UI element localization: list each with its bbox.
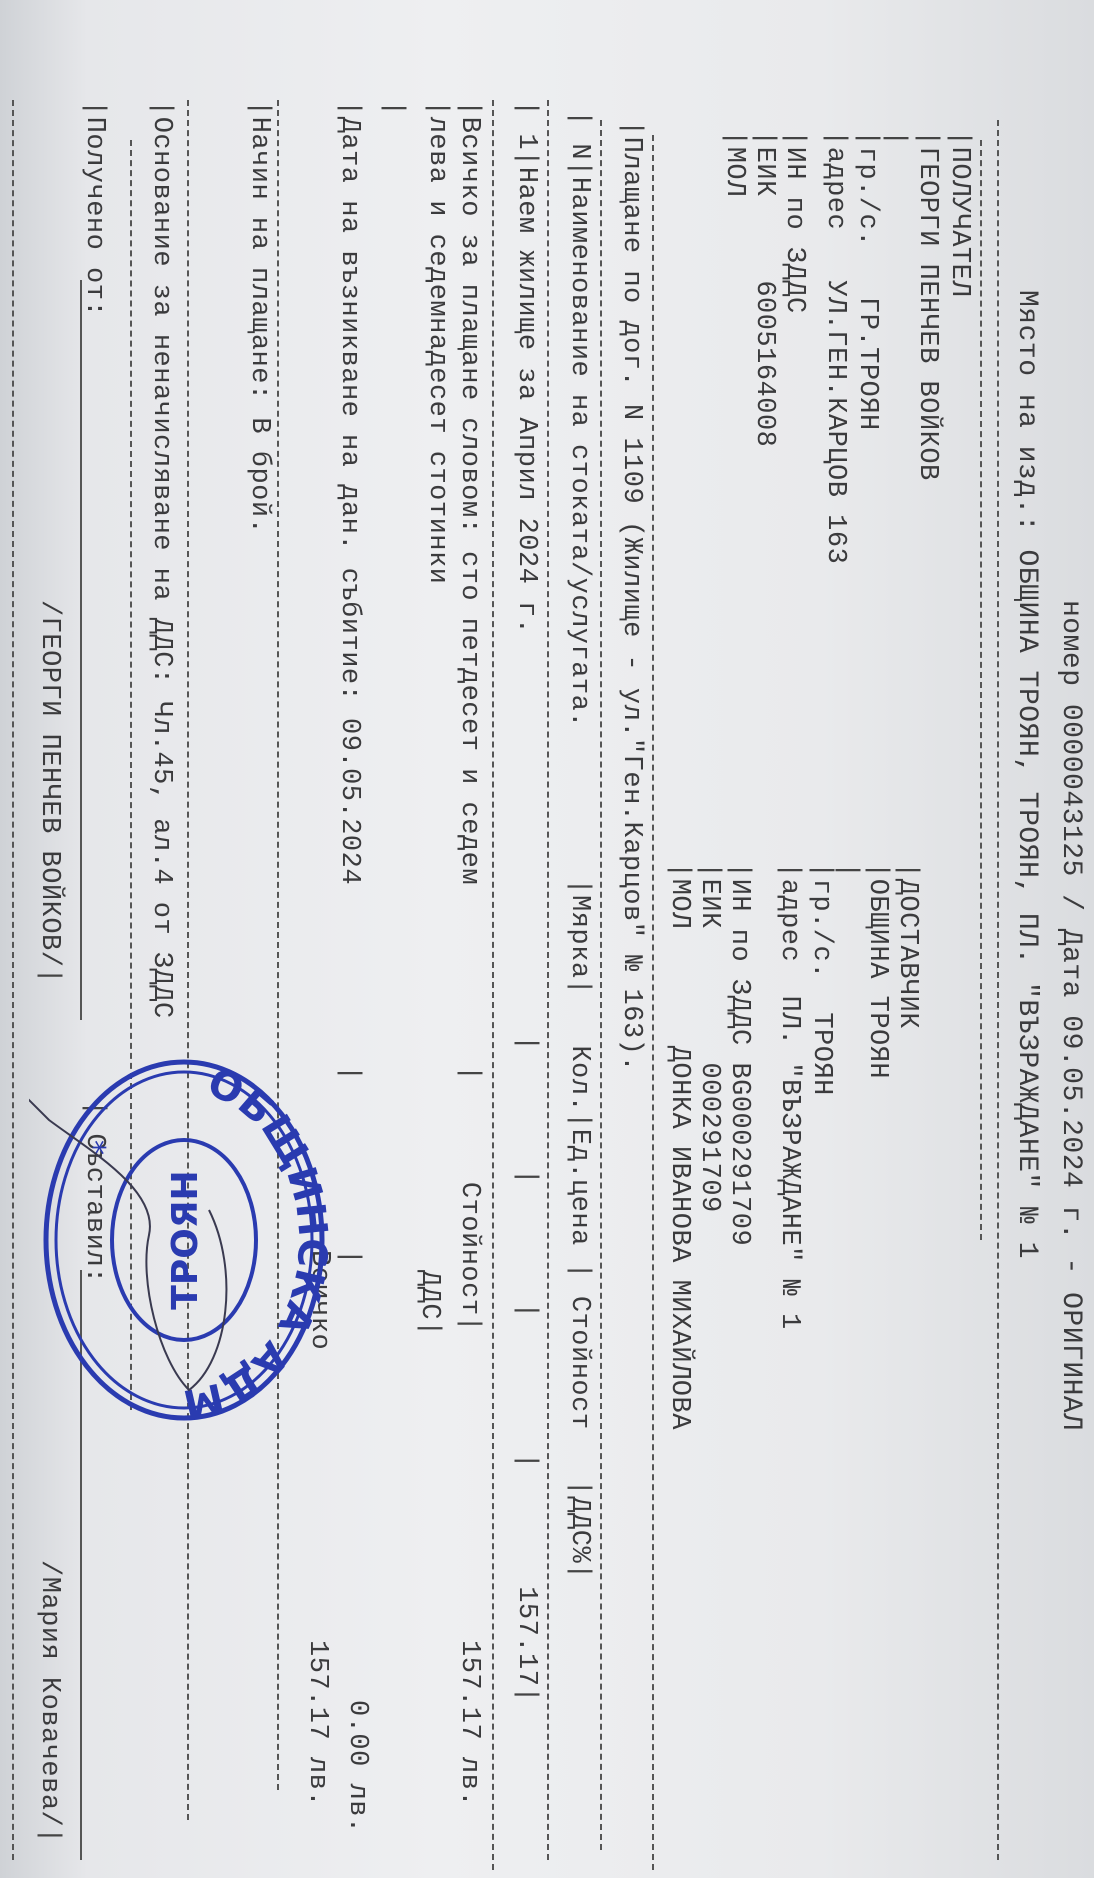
vat-exemption: |Основание за неначисляване на ДДС: Чл.4… [146, 100, 176, 1019]
value-label: | Стойност| [454, 1065, 484, 1332]
supplier-mol: |МОЛ ДОНКА ИВАНОВА МИХАЙЛОВА [664, 862, 694, 1430]
official-stamp-icon: ОБЩИНСКА АДМИНИСТРАЦИЯ ТРОЯН * [29, 1030, 349, 1450]
divider [12, 100, 14, 1860]
col-unit: Мярка [564, 895, 594, 979]
divider [600, 120, 602, 1850]
table-row-separators: | | | | 157.17| [511, 1035, 541, 1703]
payment-reference: |Плащане по дог. N 1109 (Жилище - ул."Ге… [616, 120, 646, 1072]
divider [652, 135, 654, 1870]
col-n: N [564, 143, 594, 160]
received-by-name: /ГЕОРГИ ПЕНЧЕВ ВОЙКОВ/| [34, 600, 64, 984]
composed-by-name: /Мария Ковачева/| [34, 1560, 64, 1844]
recipient-city: |гр./с. ГР.ТРОЯН [852, 130, 882, 431]
supplier-eik: |ЕИК 000291709 [694, 862, 724, 1213]
total-in-words: |Всичко за плащане словом: сто петдесет … [454, 100, 484, 885]
col-vat-pct: ДДС% [564, 1496, 594, 1563]
col-name: Наименование на стоката/услугата. [564, 177, 594, 728]
col-value: Стойност [564, 1296, 594, 1430]
supplier-address: |адрес ПЛ. "ВЪЗРАЖДАНЕ" № 1 [774, 862, 804, 1330]
stamp-inner-text: ТРОЯН [165, 1170, 206, 1309]
receipt-document: номер 0000043125 / Дата 09.05.2024 г. - … [0, 0, 1094, 1878]
supplier-title: |ДОСТАВЧИК [892, 862, 922, 1029]
received-signature-line [80, 280, 82, 1020]
supplier-vat: |ИН по ЗДДС BG000291709 [724, 862, 754, 1246]
divider [277, 100, 279, 1790]
vat-label: ДДС| [414, 1270, 444, 1337]
divider [547, 100, 549, 1860]
document-number-line: номер 0000043125 / Дата 09.05.2024 г. - … [1055, 600, 1086, 1431]
divider [187, 100, 189, 1820]
divider [492, 100, 494, 1870]
recipient-spacer: | [880, 130, 910, 147]
recipient-address: |адрес УЛ.ГЕН.КАРЦОВ 163 [820, 130, 850, 564]
recipient-mol: |МОЛ [719, 130, 749, 197]
recipient-eik: |ЕИК 6005164008 [749, 130, 779, 447]
supplier-spacer: | [832, 862, 862, 879]
recipient-name: |ГЕОРГИ ПЕНЧЕВ ВОЙКОВ [912, 130, 942, 481]
divider [997, 120, 999, 1860]
tax-event: |Дата на възникване на дан. събитие: 09.… [334, 100, 364, 885]
supplier-city: |гр./с. ТРОЯН [806, 862, 836, 1096]
divider [980, 140, 982, 1240]
recipient-title: |ПОЛУЧАТЕЛ [944, 130, 974, 297]
col-unit-price: Ед.цена [564, 1129, 594, 1246]
received-by-label: |Получено от: [79, 100, 109, 317]
supplier-name: |ОБЩИНА ТРОЯН [862, 862, 892, 1079]
value-amount: 157.17 лв. [454, 1640, 484, 1807]
total-amount: 157.17 лв. [302, 1640, 332, 1807]
total-in-words-cont: |лева и седемнадесет стотинки [422, 100, 452, 584]
place-of-issue: Място на изд.: ОБЩИНА ТРОЯН, ТРОЯН, ПЛ. … [1011, 290, 1042, 1259]
vat-amount: 0.00 лв. [342, 1700, 372, 1834]
payment-method: |Начин на плащане: В брой. [244, 100, 274, 534]
table-header: | N|Наименование на стоката/услугата. |М… [564, 110, 594, 1580]
table-row: | 1|Наем жилище за Април 2024 г. [511, 100, 541, 635]
col-qty: Кол. [564, 1045, 594, 1112]
recipient-vat: |ИН по ЗДДС [779, 130, 809, 314]
spacer-row: | [378, 100, 408, 117]
